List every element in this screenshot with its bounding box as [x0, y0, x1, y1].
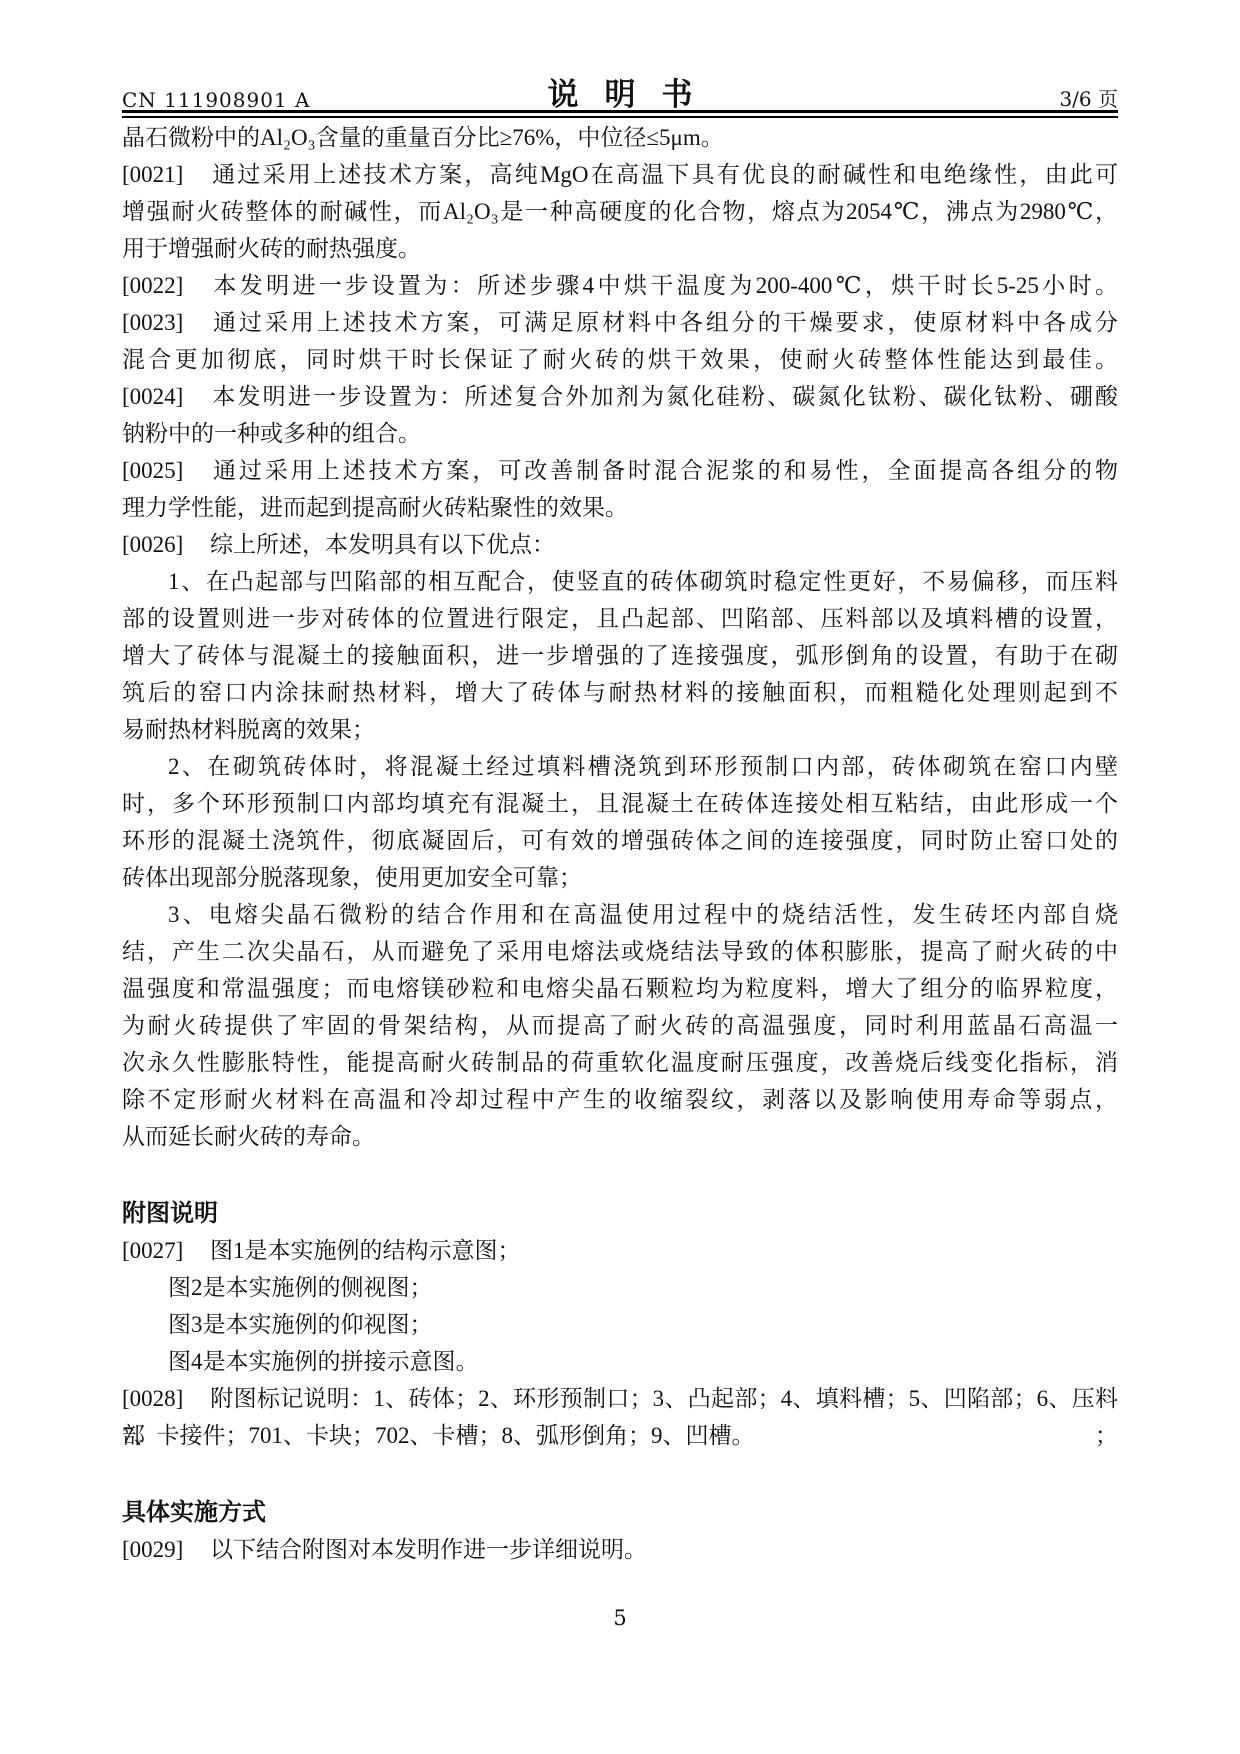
- paragraph-tag: [0025]: [122, 452, 210, 489]
- section-spacer: [122, 1454, 1118, 1494]
- body-text-line: 易耐热材料脱离的效果；: [122, 711, 1118, 748]
- body-text-line: 混合更加彻底，同时烘干时长保证了耐火砖的烘干效果，使耐火砖整体性能达到最佳。: [122, 341, 1118, 378]
- paragraph-text: 本发明进一步设置为：所述步骤4中烘干温度为200-400℃，烘干时长5-25小时…: [210, 273, 1118, 298]
- body-text-line: [0021]通过采用上述技术方案，高纯MgO在高温下具有优良的耐碱性和电绝缘性，…: [122, 156, 1118, 193]
- page-footer: 5: [0, 1606, 1240, 1630]
- body-text-line: 晶石微粉中的Al₂O₃含量的重量百分比≥76%，中位径≤5μm。: [122, 119, 1118, 156]
- page-indicator: 3/6 页: [1059, 83, 1118, 112]
- body-text-line: 结，产生二次尖晶石，从而避免了采用电熔法或烧结法导致的体积膨胀，提高了耐火砖的中: [122, 933, 1118, 970]
- page-number: 5: [613, 1606, 626, 1630]
- body-text-line: [0029]以下结合附图对本发明作进一步详细说明。: [122, 1531, 1118, 1568]
- body-text-line: 时，多个环形预制口内部均填充有混凝土，且混凝土在砖体连接处相互粘结，由此形成一个: [122, 785, 1118, 822]
- body-text-line: [0026]综上所述，本发明具有以下优点：: [122, 526, 1118, 563]
- paragraph-text: 通过采用上述技术方案，高纯MgO在高温下具有优良的耐碱性和电绝缘性，由此可: [210, 162, 1118, 187]
- body-text-line: 3、电熔尖晶石微粉的结合作用和在高温使用过程中的烧结活性，发生砖坯内部自烧: [122, 896, 1118, 933]
- body-text-line: 图4是本实施例的拼接示意图。: [122, 1343, 1118, 1380]
- paragraph-text: 通过采用上述技术方案，可满足原材料中各组分的干燥要求，使原材料中各成分: [210, 310, 1118, 335]
- header-divider-rule: [122, 110, 1118, 118]
- body-text-line: 图2是本实施例的侧视图；: [122, 1269, 1118, 1306]
- body-text-line: 温强度和常温强度；而电熔镁砂粒和电熔尖晶石颗粒均为粒度料，增大了组分的临界粒度，: [122, 970, 1118, 1007]
- page-header: CN 111908901 A 说明书 3/6 页: [122, 78, 1118, 114]
- section-heading: 具体实施方式: [122, 1494, 1118, 1531]
- body-text-line: 2、在砌筑砖体时，将混凝土经过填料槽浇筑到环形预制口内部，砖体砌筑在窑口内壁: [122, 748, 1118, 785]
- body-text-line: 图3是本实施例的仰视图；: [122, 1306, 1118, 1343]
- paragraph-tag: [0024]: [122, 378, 210, 415]
- paragraph-tag: [0028]: [122, 1380, 210, 1417]
- body-text-line: 除不定形耐火材料在高温和冷却过程中产生的收缩裂纹，剥落以及影响使用寿命等弱点，: [122, 1081, 1118, 1118]
- body-text-line: 砖体出现部分脱落现象，使用更加安全可靠；: [122, 859, 1118, 896]
- paragraph-tag: [0026]: [122, 526, 210, 563]
- body-text-line: 增大了砖体与混凝土的接触面积，进一步增强的了连接强度，弧形倒角的设置，有助于在砌: [122, 637, 1118, 674]
- paragraph-text: 综上所述，本发明具有以下优点：: [210, 532, 555, 557]
- paragraph-tag: [0021]: [122, 156, 210, 193]
- paragraph-text: 图1是本实施例的结构示意图；: [210, 1238, 521, 1263]
- paragraph-tag: [0023]: [122, 304, 210, 341]
- body-text-line: [0027]图1是本实施例的结构示意图；: [122, 1232, 1118, 1269]
- body-text-line: 理力学性能，进而起到提高耐火砖粘聚性的效果。: [122, 489, 1118, 526]
- section-heading: 附图说明: [122, 1195, 1118, 1232]
- body-text-line: 用于增强耐火砖的耐热强度。: [122, 230, 1118, 267]
- section-spacer: [122, 1155, 1118, 1195]
- body-text-line: [0025]通过采用上述技术方案，可改善制备时混合泥浆的和易性，全面提高各组分的…: [122, 452, 1118, 489]
- body-text-line: [0022]本发明进一步设置为：所述步骤4中烘干温度为200-400℃，烘干时长…: [122, 267, 1118, 304]
- body-text-line: 1、在凸起部与凹陷部的相互配合，使竖直的砖体砌筑时稳定性更好，不易偏移，而压料: [122, 563, 1118, 600]
- body-text-line: 环形的混凝土浇筑件，彻底凝固后，可有效的增强砖体之间的连接强度，同时防止窑口处的: [122, 822, 1118, 859]
- body-text-line: 钠粉中的一种或多种的组合。: [122, 415, 1118, 452]
- body-text-line: 从而延长耐火砖的寿命。: [122, 1118, 1118, 1155]
- paragraph-text: 以下结合附图对本发明作进一步详细说明。: [210, 1537, 647, 1562]
- body-text-line: [0023]通过采用上述技术方案，可满足原材料中各组分的干燥要求，使原材料中各成…: [122, 304, 1118, 341]
- body-text-line: 为耐火砖提供了牢固的骨架结构，从而提高了耐火砖的高温强度，同时利用蓝晶石高温一: [122, 1007, 1118, 1044]
- body-text-line: 增强耐火砖整体的耐碱性，而Al₂O₃是一种高硬度的化合物，熔点为2054℃，沸点…: [122, 193, 1118, 230]
- body-text-line: 次永久性膨胀特性，能提高耐火砖制品的荷重软化温度耐压强度，改善烧后线变化指标，消: [122, 1044, 1118, 1081]
- paragraph-tag: [0022]: [122, 267, 210, 304]
- patent-specification-page: CN 111908901 A 说明书 3/6 页 晶石微粉中的Al₂O₃含量的重…: [0, 0, 1240, 1754]
- body-text-line: [0028]附图标记说明：1、砖体；2、环形预制口；3、凸起部；4、填料槽；5、…: [122, 1380, 1118, 1417]
- body-lines: 晶石微粉中的Al₂O₃含量的重量百分比≥76%，中位径≤5μm。[0021]通过…: [122, 119, 1118, 1568]
- document-title: 说明书: [122, 69, 1118, 114]
- paragraph-text: 本发明进一步设置为：所述复合外加剂为氮化硅粉、碳氮化钛粉、碳化钛粉、硼酸: [210, 384, 1118, 409]
- body-text-line: 部的设置则进一步对砖体的位置进行限定，且凸起部、凹陷部、压料部以及填料槽的设置，: [122, 600, 1118, 637]
- body-text-line: [0024]本发明进一步设置为：所述复合外加剂为氮化硅粉、碳氮化钛粉、碳化钛粉、…: [122, 378, 1118, 415]
- body-text-line: 筑后的窑口内涂抹耐热材料，增大了砖体与耐热材料的接触面积，而粗糙化处理则起到不: [122, 674, 1118, 711]
- paragraph-tag: [0027]: [122, 1232, 210, 1269]
- paragraph-text: 通过采用上述技术方案，可改善制备时混合泥浆的和易性，全面提高各组分的物: [210, 458, 1118, 483]
- paragraph-tag: [0029]: [122, 1531, 210, 1568]
